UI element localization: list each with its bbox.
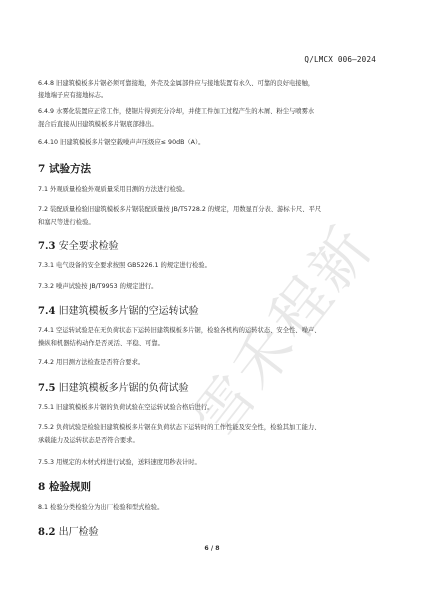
clause-8-1: 8.1 检验分类检验分为出厂检验和型式检验。 [38, 502, 378, 514]
clause-6-4-9-line1: 6.4.9 水雾化装置应正常工作，使锯片得到充分冷却，并使工件加工过程产生的木屑… [38, 106, 378, 118]
heading-text: 试验方法 [49, 163, 91, 175]
clause-7-5-2-line2: 承载能力及运转状态是否符合要求。 [38, 435, 378, 447]
heading-8: 8 检验规则 [38, 479, 91, 494]
clause-7-1: 7.1 外观质量检验外观质量采用目测的方法进行检验。 [38, 184, 378, 196]
clause-7-4-1-line1: 7.4.1 空运转试验是在无负荷状态下运转旧建筑模板多片锯，检验各机构的运转状态… [38, 325, 378, 337]
clause-6-4-8-line2: 接地端子应有接地标志。 [38, 90, 378, 102]
heading-text: 安全要求检验 [59, 241, 119, 252]
clause-6-4-10: 6.4.10 旧建筑模板多片锯空载噪声声压级应≤ 90dB（A）。 [38, 137, 378, 149]
heading-number: 7.3 [38, 241, 55, 252]
heading-8-2: 8.2 出厂检验 [38, 523, 99, 538]
clause-7-5-2-line1: 7.5.2 负荷试验是检验旧建筑模板多片锯在负荷状态下运转时的工作性能及安全性，… [38, 422, 378, 434]
heading-number: 8.2 [38, 527, 55, 538]
clause-7-2-line2: 和塞尺等进行检验。 [38, 217, 378, 229]
clause-7-5-1: 7.5.1 旧建筑模板多片锯的负荷试验在空运转试验合格后进行。 [38, 402, 378, 414]
heading-number: 7.4 [38, 306, 55, 317]
clause-7-3-2: 7.3.2 噪声试验按 JB/T9953 的规定进行。 [38, 281, 378, 293]
heading-7: 7 试验方法 [38, 161, 91, 176]
clause-7-5-3: 7.5.3 用规定的木材式样进行试验，送料速度用秒表计时。 [38, 457, 378, 469]
clause-6-4-9-line2: 混合后直接从旧建筑模板多片锯底部排出。 [38, 119, 378, 131]
clause-6-4-8-line1: 6.4.8 旧建筑模板多片锯必须可靠接地，外壳及金属部件应与接地装置有永久、可靠… [38, 78, 378, 90]
clause-7-4-1-line2: 操纵和机器结构动作是否灵活、平稳、可靠。 [38, 338, 378, 350]
heading-7-3: 7.3 安全要求检验 [38, 237, 119, 252]
heading-text: 出厂检验 [59, 527, 99, 538]
heading-number: 7.5 [38, 383, 55, 394]
heading-text: 旧建筑模板多片锯的空运转试验 [59, 306, 199, 317]
document-code: Q/LMCX 006—2024 [304, 55, 376, 64]
heading-7-5: 7.5 旧建筑模板多片锯的负荷试验 [38, 379, 189, 394]
heading-number: 8 [38, 481, 45, 493]
clause-7-2-line1: 7.2 装配质量检验旧建筑模板多片锯装配质量按 JB/T5728.2 的规定，用… [38, 204, 378, 216]
heading-number: 7 [38, 163, 45, 175]
heading-text: 检验规则 [49, 481, 91, 493]
heading-7-4: 7.4 旧建筑模板多片锯的空运转试验 [38, 302, 199, 317]
heading-text: 旧建筑模板多片锯的负荷试验 [59, 383, 189, 394]
clause-7-3-1: 7.3.1 电气设备的安全要求按照 GB5226.1 的规定进行检验。 [38, 260, 378, 272]
document-page: Q/LMCX 006—2024 6.4.8 旧建筑模板多片锯必须可靠接地，外壳及… [0, 0, 424, 600]
page-number: 6 / 8 [0, 545, 424, 552]
clause-7-4-2: 7.4.2 用目测方法检查是否符合要求。 [38, 357, 378, 369]
